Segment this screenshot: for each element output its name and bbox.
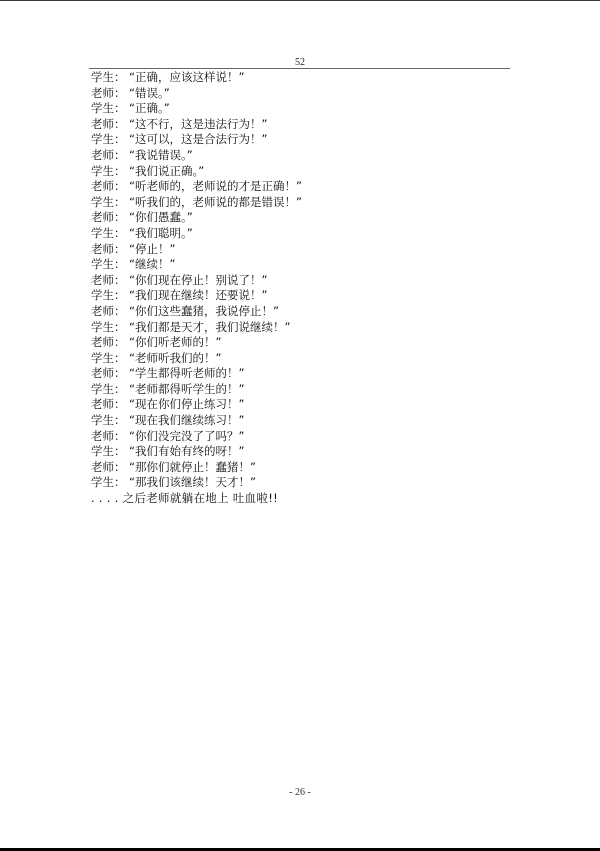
- quote-text: “现在我们继续练习！”: [129, 413, 244, 429]
- dialogue-line: 老师：“这不行，这是违法行为！”: [91, 117, 302, 133]
- quote-text: “老师听我们的！”: [129, 351, 221, 367]
- dialogue-line: 学生：“我们都是天才，我们说继续！”: [91, 320, 302, 336]
- quote-text: “错误。”: [129, 86, 170, 102]
- page-top-border: [0, 0, 600, 1]
- speaker-label: 老师：: [91, 460, 129, 476]
- quote-text: “我们都是天才，我们说继续！”: [129, 320, 290, 336]
- speaker-label: 学生：: [91, 320, 129, 336]
- dialogue-line: 学生：“正确，应该这样说！”: [91, 70, 302, 86]
- dialogue-line: 老师：“你们听老师的！”: [91, 335, 302, 351]
- speaker-label: 老师：: [91, 429, 129, 445]
- dialogue-line: 老师：“你们愚蠢。”: [91, 210, 302, 226]
- dialogue-line: 学生：“我们有始有终的呀！”: [91, 444, 302, 460]
- speaker-label: 学生：: [91, 101, 129, 117]
- dialogue-line: 老师：“那你们就停止！蠢猪！”: [91, 460, 302, 476]
- quote-text: “我们有始有终的呀！”: [129, 444, 244, 460]
- quote-text: “正确，应该这样说！”: [129, 70, 244, 86]
- speaker-label: 老师：: [91, 366, 129, 382]
- quote-text: “这不行，这是违法行为！”: [129, 117, 267, 133]
- quote-text: “我们聪明。”: [129, 226, 193, 242]
- dialogue-line: 学生：“继续！”: [91, 257, 302, 273]
- quote-text: “我们说正确。”: [129, 164, 204, 180]
- speaker-label: 老师：: [91, 117, 129, 133]
- speaker-label: 学生：: [91, 257, 129, 273]
- speaker-label: 老师：: [91, 304, 129, 320]
- dialogue-line: 老师：“我说错误。”: [91, 148, 302, 164]
- speaker-label: 学生：: [91, 288, 129, 304]
- speaker-label: 学生：: [91, 382, 129, 398]
- dialogue-line: 学生：“老师听我们的！”: [91, 351, 302, 367]
- dialogue-line: 老师：“停止！”: [91, 242, 302, 258]
- dialogue-line: 老师：“听老师的，老师说的才是正确！”: [91, 179, 302, 195]
- quote-text: “你们听老师的！”: [129, 335, 221, 351]
- speaker-label: 老师：: [91, 148, 129, 164]
- speaker-label: 老师：: [91, 273, 129, 289]
- speaker-label: 老师：: [91, 86, 129, 102]
- quote-text: “你们愚蠢。”: [129, 210, 193, 226]
- quote-text: “你们这些蠢猪，我说停止！”: [129, 304, 279, 320]
- speaker-label: 学生：: [91, 70, 129, 86]
- speaker-label: 老师：: [91, 335, 129, 351]
- dialogue-line: 老师：“现在你们停止练习！”: [91, 397, 302, 413]
- footer-page-number: - 26 -: [0, 787, 600, 798]
- header-rule: [89, 68, 510, 69]
- dialogue-line: 老师：“你们没完没了了吗？”: [91, 429, 302, 445]
- quote-text: “停止！”: [129, 242, 175, 258]
- dialogue-line: 老师：“你们这些蠢猪，我说停止！”: [91, 304, 302, 320]
- quote-text: “现在你们停止练习！”: [129, 397, 244, 413]
- speaker-label: 学生：: [91, 413, 129, 429]
- quote-text: “继续！”: [129, 257, 175, 273]
- quote-text: “听我们的，老师说的都是错误！”: [129, 195, 302, 211]
- quote-text: “这可以，这是合法行为！”: [129, 132, 267, 148]
- speaker-label: 学生：: [91, 475, 129, 491]
- dialogue-line: 老师：“学生都得听老师的！”: [91, 366, 302, 382]
- quote-text: “那你们就停止！蠢猪！”: [129, 460, 256, 476]
- quote-text: “我们现在继续！还要说！”: [129, 288, 267, 304]
- speaker-label: 学生：: [91, 164, 129, 180]
- quote-text: “听老师的，老师说的才是正确！”: [129, 179, 302, 195]
- quote-text: “我说错误。”: [129, 148, 193, 164]
- ending-line: . . . . 之后老师就躺在地上 吐血啦!!: [91, 491, 302, 507]
- dialogue-line: 学生：“老师都得听学生的！”: [91, 382, 302, 398]
- dialogue-list: 学生：“正确，应该这样说！” 老师：“错误。” 学生：“正确。” 老师：“这不行…: [91, 70, 302, 507]
- speaker-label: 老师：: [91, 210, 129, 226]
- quote-text: “你们现在停止！别说了！”: [129, 273, 267, 289]
- speaker-label: 老师：: [91, 397, 129, 413]
- dialogue-line: 学生：“那我们该继续！天才！”: [91, 475, 302, 491]
- dialogue-line: 学生：“我们说正确。”: [91, 164, 302, 180]
- speaker-label: 学生：: [91, 195, 129, 211]
- dialogue-line: 学生：“这可以，这是合法行为！”: [91, 132, 302, 148]
- dialogue-line: 学生：“我们聪明。”: [91, 226, 302, 242]
- speaker-label: 学生：: [91, 226, 129, 242]
- dialogue-line: 学生：“正确。”: [91, 101, 302, 117]
- speaker-label: 学生：: [91, 351, 129, 367]
- dialogue-line: 学生：“听我们的，老师说的都是错误！”: [91, 195, 302, 211]
- dialogue-line: 老师：“错误。”: [91, 86, 302, 102]
- quote-text: “学生都得听老师的！”: [129, 366, 244, 382]
- speaker-label: 老师：: [91, 242, 129, 258]
- header-page-number: 52: [0, 57, 600, 68]
- quote-text: “老师都得听学生的！”: [129, 382, 244, 398]
- dialogue-line: 学生：“现在我们继续练习！”: [91, 413, 302, 429]
- speaker-label: 学生：: [91, 132, 129, 148]
- speaker-label: 老师：: [91, 179, 129, 195]
- dialogue-line: 学生：“我们现在继续！还要说！”: [91, 288, 302, 304]
- quote-text: “正确。”: [129, 101, 170, 117]
- quote-text: “你们没完没了了吗？”: [129, 429, 244, 445]
- quote-text: “那我们该继续！天才！”: [129, 475, 256, 491]
- speaker-label: 学生：: [91, 444, 129, 460]
- dialogue-line: 老师：“你们现在停止！别说了！”: [91, 273, 302, 289]
